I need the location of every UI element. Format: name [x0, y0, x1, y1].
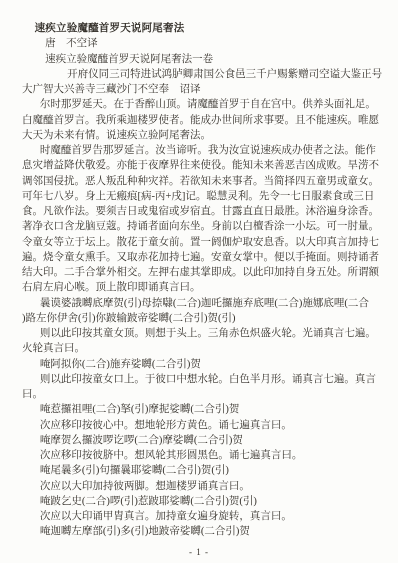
text-line: 次应以大印加持彼两脚。想迦楼罗诵真言曰。	[22, 479, 381, 494]
mantra-line: 唵尾曩多(引)句攞曩耶娑嚩(二合引)贺(引)	[22, 463, 381, 478]
mantra-line: 唵阿拟你(二合)施弃娑嚩(二合引)贺	[22, 357, 381, 372]
text-line: 息灾增益降伏敬爱。亦能于夜摩界往来使役。能知未来善恶吉凶成败。旱涝不	[22, 158, 381, 173]
text-line: 次应移印按彼心中。想地轮形方黄色。诵七遍真言曰。	[22, 418, 381, 433]
scanned-document-page: 速疾立验魔醯首罗天说阿尾奢法唐 不空译速疾立验魔醯首罗天说阿尾奢法一卷开府仪同三…	[0, 0, 398, 563]
sutra-text-block: 速疾立验魔醯首罗天说阿尾奢法唐 不空译速疾立验魔醯首罗天说阿尾奢法一卷开府仪同三…	[22, 21, 381, 540]
text-line: 遍。烧令童女熏手。又取赤花加持七遍。安童女掌中。便以手掩面。则持诵者	[22, 250, 381, 265]
text-line: 著净衣口含龙脑豆蔻。持诵者面向东坐。身前以白檀香涂一小坛。可一肘量。	[22, 219, 381, 234]
text-line: 大天为未来有情。说速疾立验阿尾奢法。	[22, 128, 381, 143]
text-line: 可年七八岁。身上无瘢痕[病-丙+戌]记。聪慧灵利。先令一七日服素食或三日	[22, 189, 381, 204]
text-line: 令童女等立于坛上。散花于童女前。置一阏伽炉取安息香。以大印真言加持七	[22, 235, 381, 250]
doc-title: 速疾立验魔醯首罗天说阿尾奢法	[22, 21, 381, 36]
text-line: 食。凡欲作法。要须吉日或鬼宿或岁宿直。甘露直直日最胜。沐浴遍身涂香。	[22, 204, 381, 219]
scroll-title-line: 速疾立验魔醯首罗天说阿尾奢法一卷	[22, 52, 381, 67]
text-line: 时魔醯首罗告那罗延言。汝当谛听。我为汝宣说速疾成办使者之法。能作	[22, 143, 381, 158]
mantra-line: 唵迦嚩左摩部(引)多(引)地跛帝娑嚩(二合引)贺	[22, 524, 381, 539]
text-line: 则以此印按童女口上。于彼口中想水轮。白色半月形。诵真言七遍。真言	[22, 372, 381, 387]
text-line: 右肩左肩心喉。顶上散印即诵真言曰。	[22, 280, 381, 295]
mantra-line: 唵摩贺么攞波啰讫啰(二合)摩娑嚩(二合引)贺	[22, 433, 381, 448]
text-line: 结大印。二手合掌外相交。左押右虚其掌即成。以此印加持自身五处。所谓额	[22, 265, 381, 280]
attribution-line-2: 大广智大兴善寺三藏沙门不空奉 诏译	[22, 82, 381, 97]
mantra-line: )路左你伊舍(引)你跛输跛帝娑嚩(二合引)贺(引)	[22, 311, 381, 326]
attribution-line-1: 开府仪同三司特进试鸿胪卿肃国公食邑三千户赐紫赠司空谥大鉴正号	[22, 67, 381, 82]
text-line: 火轮真言曰。	[22, 341, 381, 356]
mantra-line: 唵跛乞史(二合)啰(引)惹跛耶娑嚩(二合引)贺(引)	[22, 494, 381, 509]
mantra-line: 唵惹攞祖哩(二合)拏(引)摩抳娑嚩(二合引)贺	[22, 402, 381, 417]
text-line: 次应移印按彼脐中。想风轮其形圆黑色。诵七遍真言曰。	[22, 448, 381, 463]
text-line: 调邻国侵扰。恶人叛乱种种灾祥。若欲知未来事者。当简择四五童男或童女。	[22, 174, 381, 189]
text-line: 则以此印按其童女顶。则想于头上。三角赤色炽盛火轮。光诵真言七遍。	[22, 326, 381, 341]
text-line: 次应以大印诵甲胄真言。加持童女遍身旋转，真言曰。	[22, 509, 381, 524]
mantra-line: 曩谟婆誐嚩底摩贺(引)母捺㘑(二合)迦吒攞施弃底哩(二合)施娜底哩(二合	[22, 296, 381, 311]
translator-line: 唐 不空译	[22, 36, 381, 51]
text-line: 尔时那罗延天。在于香醉山顶。请魔醯首罗于自在宫中。供养头面礼足。	[22, 97, 381, 112]
page-number: - 1 -	[0, 547, 398, 557]
text-line: 曰。	[22, 387, 381, 402]
text-line: 白魔醯首罗言。我所乘迦楼罗使者。能成办世间所求事要。且不能速疾。唯愿	[22, 113, 381, 128]
